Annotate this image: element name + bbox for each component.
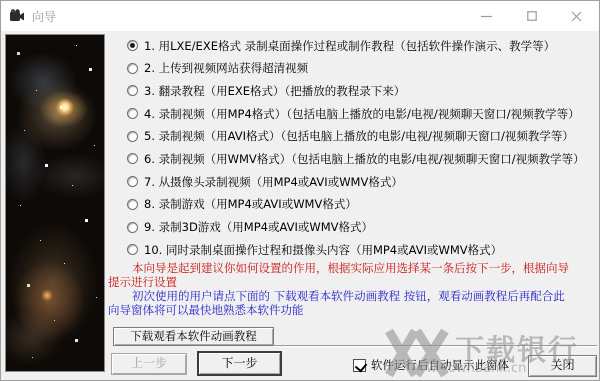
hint-text-block: 本向导是起到建议你如何设置的作用，根据实际应用选择某一条后按下一步，根据向导 提… [108, 262, 598, 318]
option-row[interactable]: 1. 用LXE/EXE格式 录制桌面操作过程或制作教程（包括软件操作演示、教学等… [127, 39, 585, 52]
radio-button[interactable] [127, 199, 138, 210]
option-label: 3. 翻录教程（用EXE格式）（把播放的教程录下来） [144, 83, 405, 99]
close-button[interactable] [554, 1, 599, 31]
option-label: 5. 录制视频（用AVI格式）（包括电脑上播放的电影/电视/视频聊天窗口/视频教… [144, 128, 574, 144]
app-icon [9, 8, 25, 24]
radio-button[interactable] [127, 244, 138, 255]
option-label: 6. 录制视频（用WMV格式）（包括电脑上播放的电影/电视/视频聊天窗口/视频教… [144, 151, 585, 167]
close-dialog-button[interactable]: 关闭 [528, 355, 597, 377]
radio-button[interactable] [127, 153, 138, 164]
option-row[interactable]: 7. 从摄像头录制视频（用MP4或AVI或WMV格式） [127, 175, 585, 188]
autoshow-checkbox-group[interactable]: 软件运行后自动显示此窗体 [353, 357, 509, 373]
radio-button[interactable] [127, 63, 138, 74]
separator-line [273, 345, 597, 347]
radio-button[interactable] [127, 85, 138, 96]
option-row[interactable]: 2. 上传到视频网站获得超清视频 [127, 62, 585, 75]
option-label: 2. 上传到视频网站获得超清视频 [144, 60, 308, 76]
option-label: 9. 录制3D游戏（用MP4或AVI或WMV格式） [144, 219, 373, 235]
option-row[interactable]: 8. 录制游戏（用MP4或AVI或WMV格式） [127, 198, 585, 211]
option-label: 8. 录制游戏（用MP4或AVI或WMV格式） [144, 196, 357, 212]
radio-button[interactable] [127, 222, 138, 233]
window-title: 向导 [32, 8, 56, 25]
option-row[interactable]: 9. 录制3D游戏（用MP4或AVI或WMV格式） [127, 221, 585, 234]
next-step-button[interactable]: 下一步 [197, 351, 282, 376]
radio-button[interactable] [127, 131, 138, 142]
option-row[interactable]: 5. 录制视频（用AVI格式）（包括电脑上播放的电影/电视/视频聊天窗口/视频教… [127, 130, 585, 143]
stars-decoration [6, 35, 7, 36]
radio-button[interactable] [127, 176, 138, 187]
autoshow-checkbox-label: 软件运行后自动显示此窗体 [371, 357, 509, 373]
wizard-dialog: 向导 1. 用LXE/EXE格式 录制桌面操作过程或制作教程（包括软件操作演示、… [0, 0, 600, 381]
option-label: 4. 录制视频（用MP4格式）（包括电脑上播放的电影/电视/视频聊天窗口/视频教… [144, 106, 580, 122]
option-row[interactable]: 6. 录制视频（用WMV格式）（包括电脑上播放的电影/电视/视频聊天窗口/视频教… [127, 152, 585, 165]
option-label: 10. 同时录制桌面操作过程和摄像头内容（用MP4或AVI或WMV格式） [144, 242, 502, 258]
hint-red-line-1: 本向导是起到建议你如何设置的作用，根据实际应用选择某一条后按下一步，根据向导 [108, 262, 598, 276]
radio-button[interactable] [127, 108, 138, 119]
option-row[interactable]: 4. 录制视频（用MP4格式）（包括电脑上播放的电影/电视/视频聊天窗口/视频教… [127, 107, 585, 120]
hint-blue-line-1: 初次使用的用户请点下面的 下载观看本软件动画教程 按钮，观看动画教程后再配合此 [108, 290, 598, 304]
option-label: 1. 用LXE/EXE格式 录制桌面操作过程或制作教程（包括软件操作演示、教学等… [144, 38, 555, 54]
previous-step-button[interactable]: 上一步 [111, 353, 187, 375]
option-row[interactable]: 10. 同时录制桌面操作过程和摄像头内容（用MP4或AVI或WMV格式） [127, 243, 585, 256]
hint-blue-line-2: 向导窗体将可以最快地熟悉本软件功能 [108, 304, 598, 318]
options-list: 1. 用LXE/EXE格式 录制桌面操作过程或制作教程（包括软件操作演示、教学等… [127, 39, 585, 256]
galaxy-image [5, 34, 105, 372]
download-tutorial-button[interactable]: 下载观看本软件动画教程 [113, 327, 274, 346]
option-label: 7. 从摄像头录制视频（用MP4或AVI或WMV格式） [144, 174, 403, 190]
hint-red-line-2: 提示进行设置 [108, 276, 598, 290]
maximize-button[interactable] [509, 1, 554, 31]
option-row[interactable]: 3. 翻录教程（用EXE格式）（把播放的教程录下来） [127, 84, 585, 97]
title-bar: 向导 [1, 1, 599, 31]
autoshow-checkbox-box[interactable] [353, 359, 366, 372]
radio-button[interactable] [127, 40, 138, 51]
minimize-button[interactable] [464, 1, 509, 31]
